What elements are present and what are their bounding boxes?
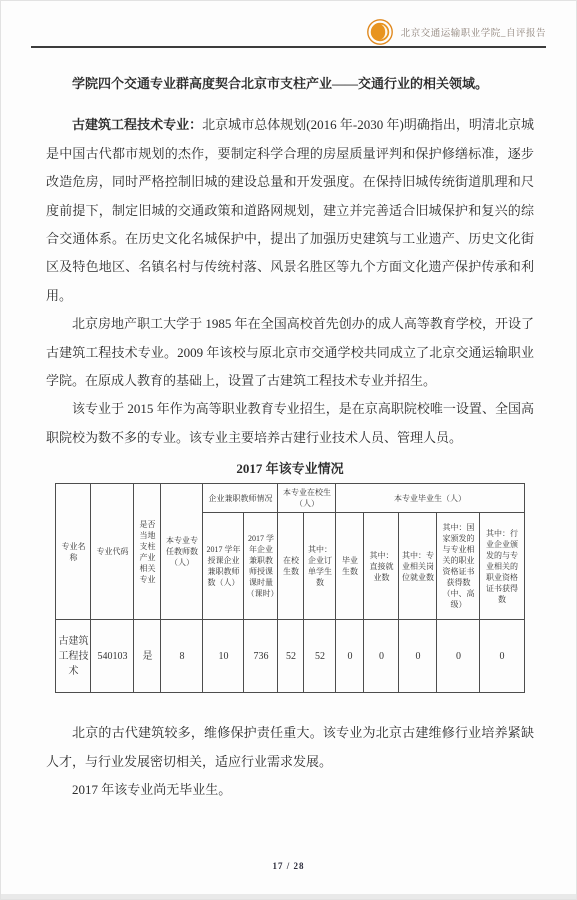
paragraph-no-graduates: 2017 年该专业尚无毕业生。: [46, 776, 534, 804]
th-direct-employment: 其中：直接就业数: [364, 513, 399, 620]
page-number: 17 / 28: [1, 861, 576, 871]
cell-fulltime-teachers: 8: [161, 620, 203, 693]
paragraph-history: 北京房地产职工大学于 1985 年在全国高校首先创办的成人高等教育学校，开设了古…: [46, 310, 534, 395]
document-body: 学院四个交通专业群高度契合北京市支柱产业——交通行业的相关领域。 古建筑工程技术…: [46, 48, 534, 805]
cell-parttime-teacher-count: 10: [203, 620, 244, 693]
table-header-group-row: 专业名称 专业代码 是否当地支柱产业相关专业 本专业专任教师数（人） 企业兼职教…: [56, 484, 524, 513]
th-group-enrolled-students: 本专业在校生（人）: [278, 484, 336, 513]
th-enrolled-count: 在校生数: [278, 513, 304, 620]
th-industry-certificates: 其中：行业企业颁发的与专业相关的职业资格证书获得数: [480, 513, 524, 620]
th-group-parttime-teachers: 企业兼职教师情况: [203, 484, 278, 513]
cell-major-code: 540103: [91, 620, 134, 693]
paragraph-major-overview: 古建筑工程技术专业：北京城市总体规划(2016 年-2030 年)明确指出，明清…: [46, 111, 534, 310]
th-pillar-industry: 是否当地支柱产业相关专业: [134, 484, 161, 620]
th-major-code: 专业代码: [91, 484, 134, 620]
report-title: 北京交通运输职业学院_自评报告: [401, 25, 546, 39]
th-parttime-teacher-count: 2017 学年授课企业兼职教师数（人）: [203, 513, 244, 620]
cell-major-name: 古建筑工程技术: [56, 620, 91, 693]
cell-pillar-industry: 是: [134, 620, 161, 693]
paragraph-significance: 北京的古代建筑较多，维修保护责任重大。该专业为北京古建维修行业培养紧缺人才，与行…: [46, 719, 534, 776]
major-name-lead: 古建筑工程技术专业：: [72, 117, 202, 132]
cell-related-post-employment: 0: [399, 620, 437, 693]
paragraph-intro: 学院四个交通专业群高度契合北京市支柱产业——交通行业的相关领域。: [46, 70, 534, 98]
table-title: 2017 年该专业情况: [46, 459, 534, 479]
header-brand: 北京交通运输职业学院_自评报告: [367, 19, 546, 45]
th-parttime-teaching-hours: 2017 学年企业兼职教师授课课时量（课时）: [244, 513, 278, 620]
cell-direct-employment: 0: [364, 620, 399, 693]
major-overview-text: 北京城市总体规划(2016 年-2030 年)明确指出，明清北京城是中国古代都市…: [46, 117, 534, 302]
cell-industry-certificates: 0: [480, 620, 524, 693]
page-header: 北京交通运输职业学院_自评报告: [31, 1, 546, 48]
cell-national-certificates: 0: [437, 620, 480, 693]
table-row: 古建筑工程技术 540103 是 8 10 736 52 52 0 0 0 0 …: [56, 620, 524, 693]
cell-order-students: 52: [304, 620, 336, 693]
th-fulltime-teachers: 本专业专任教师数（人）: [161, 484, 203, 620]
paragraph-enrollment: 该专业于 2015 年作为高等职业教育专业招生，是在京高职院校唯一设置、全国高职…: [46, 395, 534, 452]
cell-graduate-count: 0: [336, 620, 364, 693]
th-related-post-employment: 其中：专业相关岗位就业数: [399, 513, 437, 620]
th-group-graduates: 本专业毕业生（人）: [336, 484, 524, 513]
th-order-students: 其中：企业订单学生数: [304, 513, 336, 620]
major-situation-table: 专业名称 专业代码 是否当地支柱产业相关专业 本专业专任教师数（人） 企业兼职教…: [55, 483, 524, 693]
college-seal-icon: [367, 19, 393, 45]
th-graduate-count: 毕业生数: [336, 513, 364, 620]
th-major-name: 专业名称: [56, 484, 91, 620]
document-page: 北京交通运输职业学院_自评报告 学院四个交通专业群高度契合北京市支柱产业——交通…: [0, 0, 577, 900]
th-national-certificates: 其中：国家颁发的与专业相关的职业资格证书获得数（中、高级）: [437, 513, 480, 620]
cell-parttime-teaching-hours: 736: [244, 620, 278, 693]
cell-enrolled-count: 52: [278, 620, 304, 693]
